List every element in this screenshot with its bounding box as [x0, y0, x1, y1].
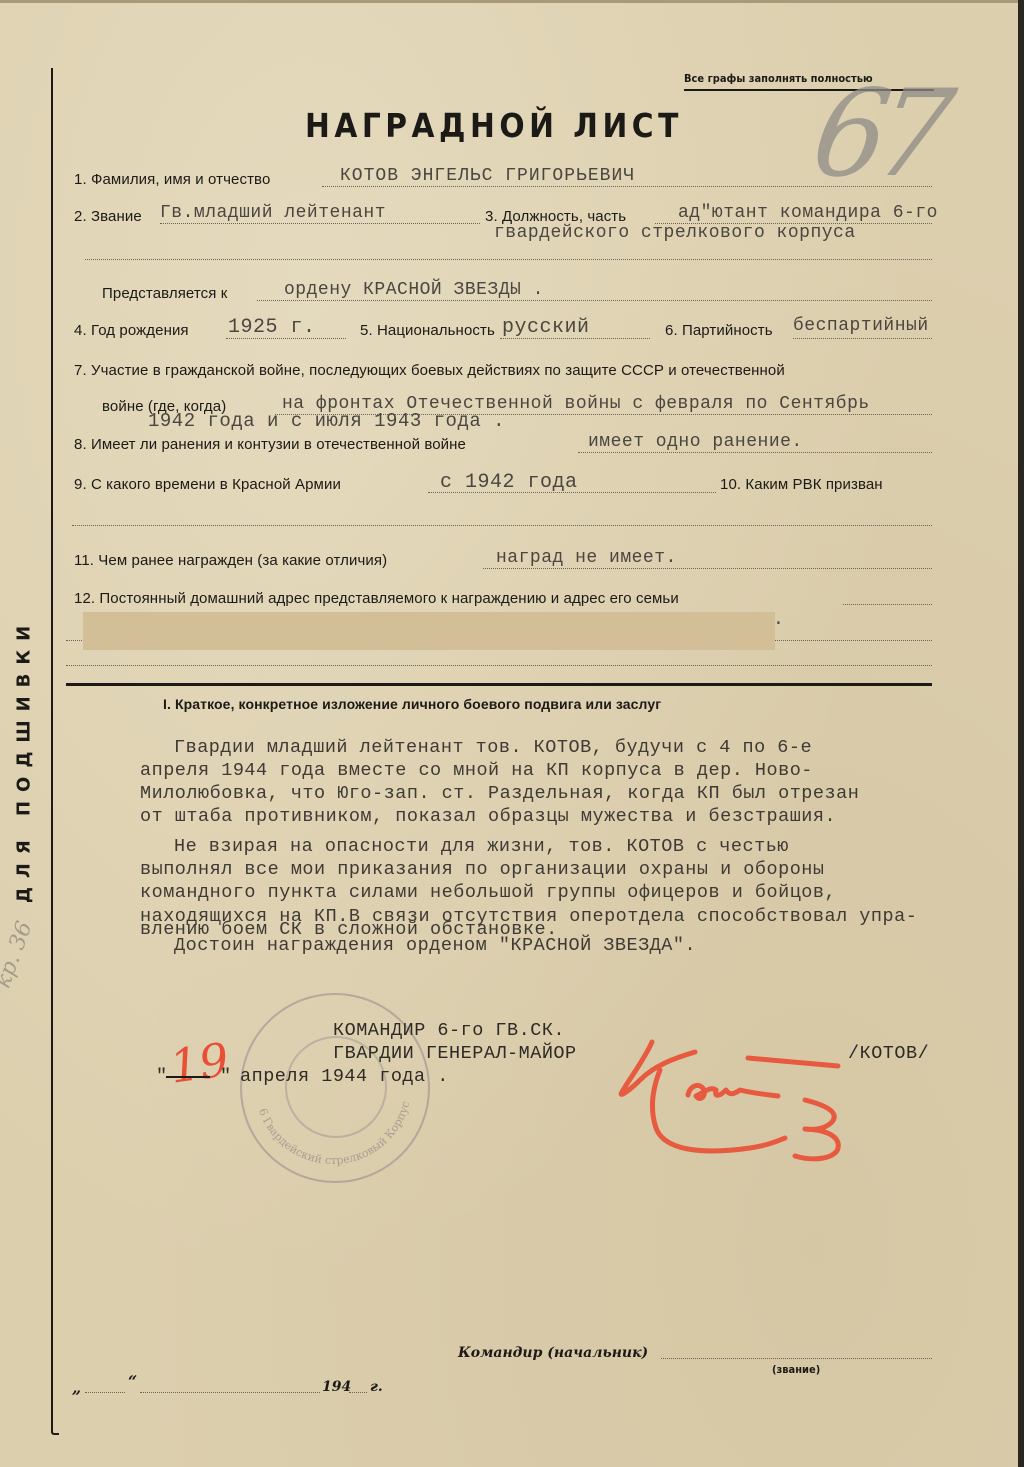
field-12-label: 12. Постоянный домашний адрес представля… — [74, 590, 679, 607]
field-1-label: 1. Фамилия, имя и отчество — [74, 171, 270, 188]
footer-year-suffix: г. — [370, 1379, 383, 1395]
field-11-label: 11. Чем ранее награжден (за какие отличи… — [74, 552, 387, 569]
field-3-value-line2: гвардейского стрелкового корпуса — [494, 223, 856, 243]
footer-rank-caption: (звание) — [772, 1363, 820, 1376]
field-3-value-line1: ад"ютант командира 6-го — [678, 203, 938, 223]
para1-line3: Милолюбовка, что Юго-зап. ст. Раздельная… — [140, 783, 859, 804]
field-10-label: 10. Каким РВК призван — [720, 476, 883, 493]
field-6-dotline — [793, 338, 932, 339]
section-1-heading: I. Краткое, конкретное изложение личного… — [163, 696, 661, 712]
nomination-dotline — [257, 300, 932, 301]
footer-day-dotline — [85, 1392, 125, 1393]
field-11-dotline — [483, 568, 932, 569]
footer-commander-dotline — [661, 1358, 932, 1359]
paper-top-edge — [0, 0, 1018, 3]
field-2-value: Гв.младший лейтенант — [160, 203, 386, 223]
para2-line1: Не взирая на опасности для жизни, тов. К… — [174, 836, 789, 857]
field-11-value: наград не имеет. — [496, 548, 677, 568]
field-2-dotline — [160, 223, 480, 224]
footer-year-prefix: 194 — [322, 1379, 351, 1395]
field-3-extra-dotline — [85, 259, 932, 260]
field-5-label: 5. Национальность — [360, 322, 495, 339]
page-title: НАГРАДНОЙ ЛИСТ — [305, 106, 683, 145]
footer-date-quote-open: „ — [72, 1378, 81, 1397]
field-1-dotline — [322, 186, 932, 187]
pencil-sheet-number: 67 — [804, 65, 953, 204]
field-8-dotline — [578, 452, 932, 453]
field-4-label: 4. Год рождения — [74, 322, 189, 339]
footer-date-quote-close: “ — [128, 1372, 137, 1391]
para3: Достоин награждения орденом "КРАСНОЙ ЗВЕ… — [174, 935, 696, 956]
handwritten-signature — [600, 1030, 900, 1180]
svg-text:6 Гвардейский стрелковый Корпу: 6 Гвардейский стрелковый Корпус — [256, 1100, 412, 1167]
field-9-value: с 1942 года — [440, 471, 578, 494]
redacted-address — [83, 612, 775, 650]
field-7-value-line2: 1942 года и с июля 1943 года . — [148, 410, 505, 432]
field-9-label: 9. С какого времени в Красной Армии — [74, 476, 341, 493]
field-8-label: 8. Имеет ли ранения и контузии в отечест… — [74, 436, 466, 453]
field-12-trailing-dot: . — [773, 610, 784, 630]
binding-margin-label: ДЛЯ ПОДШИВКИ — [14, 617, 35, 903]
field-6-value: беспартийный — [793, 316, 929, 336]
para2-line3: командного пункта силами небольшой групп… — [140, 882, 836, 903]
binding-margin-line-end — [51, 1425, 59, 1435]
date-day-underline — [166, 1076, 210, 1078]
para2-line2: выполнял все мои приказания по организац… — [140, 859, 825, 880]
nomination-value: ордену КРАСНОЙ ЗВЕЗДЫ . — [284, 280, 544, 300]
field-2-label: 2. Звание — [74, 208, 142, 225]
field-12-dotline-3 — [66, 665, 932, 666]
para1-line4: от штаба противником, показал образцы му… — [140, 806, 836, 827]
field-6-label: 6. Партийность — [665, 322, 773, 339]
scan-border — [1018, 0, 1024, 1467]
para1-line2: апреля 1944 года вместе со мной на КП ко… — [140, 760, 813, 781]
field-4-value: 1925 г. — [228, 316, 316, 339]
field-10-dotline — [72, 525, 932, 526]
footer-commander-label: Командир (начальник) — [458, 1345, 648, 1361]
date-close-quote: " — [220, 1066, 232, 1087]
field-7-label-line1: 7. Участие в гражданской войне, последую… — [74, 362, 785, 379]
nomination-label: Представляется к — [102, 285, 227, 302]
field-8-value: имеет одно ранение. — [588, 432, 803, 452]
footer-year-dotline — [349, 1392, 367, 1393]
para1-line1: Гвардии младший лейтенант тов. КОТОВ, бу… — [174, 737, 812, 758]
commander-title-line2: ГВАРДИИ ГЕНЕРАЛ-МАЙОР — [333, 1043, 577, 1064]
commander-title-line1: КОМАНДИР 6-го ГВ.СК. — [333, 1020, 565, 1041]
footer-month-dotline — [140, 1392, 320, 1393]
date-rest: апреля 1944 года . — [240, 1066, 449, 1087]
field-5-value: русский — [502, 316, 590, 339]
field-12-dotline — [843, 604, 932, 605]
section-divider — [66, 683, 932, 686]
binding-margin-line — [51, 68, 53, 1433]
field-1-value: КОТОВ ЭНГЕЛЬС ГРИГОРЬЕВИЧ — [340, 166, 635, 186]
